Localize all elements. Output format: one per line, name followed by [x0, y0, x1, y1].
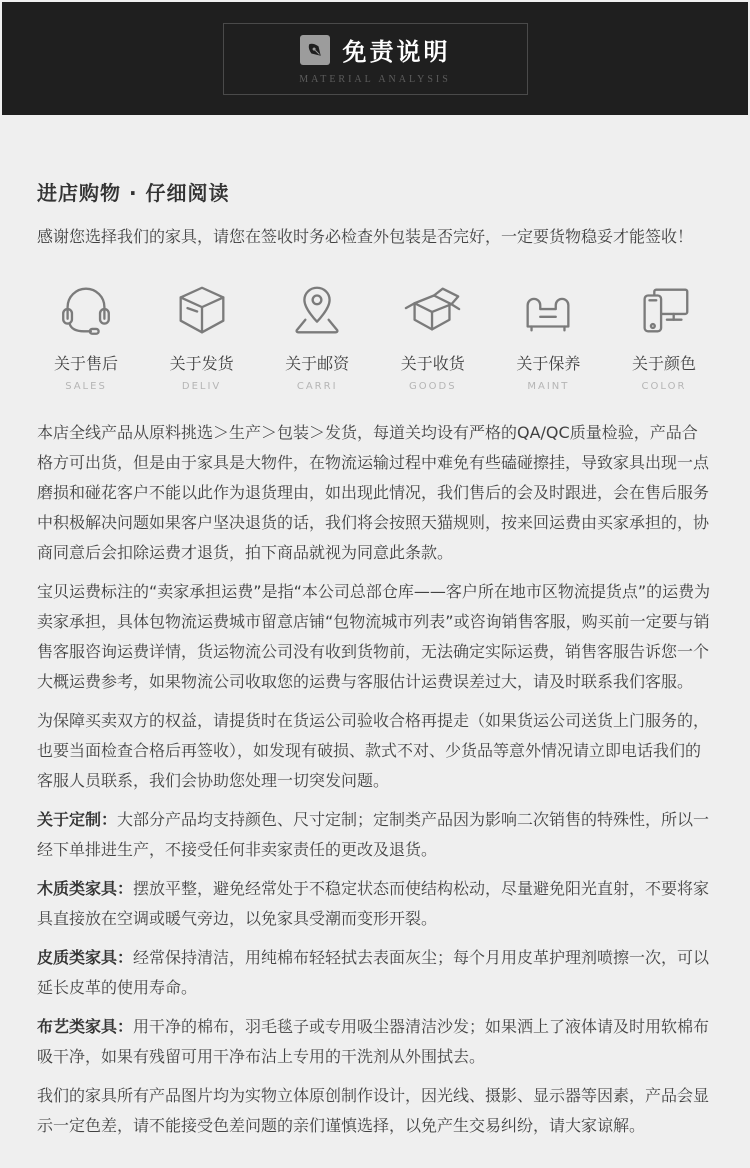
paragraph-customization: 关于定制：大部分产品均支持颜色、尺寸定制；定制类产品因为影响二次销售的特殊性，所…	[37, 805, 713, 865]
feature-color: 关于颜色 COLOR	[615, 280, 713, 392]
feature-postage: 关于邮资 CARRI	[268, 280, 366, 392]
paragraph-inspection: 为保障买卖双方的权益，请提货时在货运公司验收合格再提走（如果货运公司送货上门服务…	[37, 706, 713, 796]
feature-row: 关于售后 SALES 关于发货 DELIV	[37, 280, 713, 392]
feature-label: 关于发货	[170, 351, 234, 374]
feature-shipping: 关于发货 DELIV	[153, 280, 251, 392]
feature-label: 关于邮资	[285, 351, 349, 374]
feature-maintenance: 关于保养 MAINT	[499, 280, 597, 392]
paragraph-leather-furniture: 皮质类家具：经常保持清洁，用纯棉布轻轻拭去表面灰尘；每个月用皮革护理剂喷擦一次，…	[37, 943, 713, 1003]
feature-sublabel: CARRI	[297, 381, 338, 392]
feature-label: 关于收货	[401, 351, 465, 374]
feature-label: 关于保养	[516, 351, 580, 374]
devices-icon	[633, 280, 695, 342]
package-icon	[171, 280, 233, 342]
open-box-icon	[402, 280, 464, 342]
paragraph-wood-furniture: 木质类家具：摆放平整，避免经常处于不稳定状态而使结构松动，尽量避免阳光直射，不要…	[37, 874, 713, 934]
paragraph-color-difference: 我们的家具所有产品图片均为实物立体原创制作设计，因光线、摄影、显示器等因素，产品…	[37, 1081, 713, 1141]
feature-receiving: 关于收货 GOODS	[384, 280, 482, 392]
banner-title-box: 免责说明 MATERIAL ANALYSIS	[223, 23, 528, 95]
banner-subtitle: MATERIAL ANALYSIS	[299, 74, 451, 85]
feature-sublabel: SALES	[65, 381, 107, 392]
headset-icon	[55, 280, 117, 342]
disclaimer-banner: 免责说明 MATERIAL ANALYSIS	[2, 2, 748, 115]
paragraph-fabric-furniture: 布艺类家具：用干净的棉布，羽毛毯子或专用吸尘器清洁沙发；如果洒上了液体请及时用软…	[37, 1012, 713, 1072]
paragraph-quality-shipping: 本店全线产品从原料挑选＞生产＞包装＞发货，每道关均设有严格的QA/QC质量检验，…	[37, 418, 713, 568]
feature-after-sales: 关于售后 SALES	[37, 280, 135, 392]
feature-sublabel: GOODS	[409, 381, 457, 392]
feature-sublabel: COLOR	[642, 381, 687, 392]
location-pin-icon	[286, 280, 348, 342]
feature-label: 关于售后	[54, 351, 118, 374]
pen-nib-icon	[300, 35, 330, 65]
feature-sublabel: MAINT	[527, 381, 569, 392]
paragraph-freight: 宝贝运费标注的“卖家承担运费”是指“本公司总部仓库——客户所在地市区物流提货点”…	[37, 577, 713, 697]
intro-text: 感谢您选择我们的家具，请您在签收时务必检查外包装是否完好，一定要货物稳妥才能签收…	[37, 222, 713, 252]
banner-title: 免责说明	[343, 32, 451, 67]
sofa-icon	[517, 280, 579, 342]
feature-label: 关于颜色	[632, 351, 696, 374]
disclaimer-content: 进店购物 · 仔细阅读 感谢您选择我们的家具，请您在签收时务必检查外包装是否完好…	[0, 177, 750, 1141]
section-heading: 进店购物 · 仔细阅读	[37, 177, 713, 206]
feature-sublabel: DELIV	[182, 381, 221, 392]
disclaimer-paragraphs: 本店全线产品从原料挑选＞生产＞包装＞发货，每道关均设有严格的QA/QC质量检验，…	[37, 418, 713, 1141]
